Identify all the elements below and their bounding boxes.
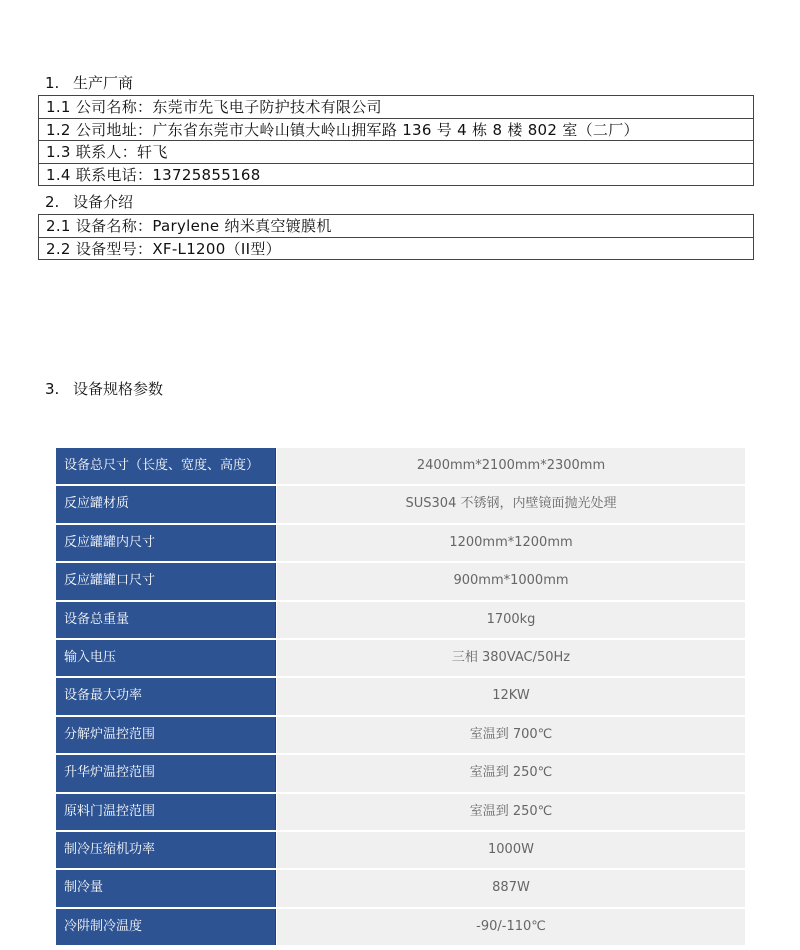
spec-label: 制冷量 <box>56 870 276 906</box>
spec-value: 12KW <box>277 678 745 714</box>
spec-row: 反应罐罐口尺寸900mm*1000mm <box>56 563 745 601</box>
spec-label: 反应罐罐口尺寸 <box>56 563 276 599</box>
equipment-info-list: 2.1 设备名称：Parylene 纳米真空镀膜机 2.2 设备型号：XF-L1… <box>38 214 754 260</box>
spec-value: 室温到 700℃ <box>277 717 745 753</box>
spec-label: 设备总尺寸（长度、宽度、高度） <box>56 448 276 484</box>
spec-row: 输入电压三相 380VAC/50Hz <box>56 640 745 678</box>
spec-value: 900mm*1000mm <box>277 563 745 599</box>
spec-value: -90/-110℃ <box>277 909 745 945</box>
spec-value: 室温到 250℃ <box>277 755 745 791</box>
contact-person-row: 1.3 联系人：轩飞 <box>38 141 754 164</box>
section-3-title: 设备规格参数 <box>73 380 163 398</box>
spec-row: 冷阱制冷温度-90/-110℃ <box>56 909 745 947</box>
spec-label: 升华炉温控范围 <box>56 755 276 791</box>
spec-label: 反应罐罐内尺寸 <box>56 525 276 561</box>
spec-row: 设备总尺寸（长度、宽度、高度）2400mm*2100mm*2300mm <box>56 448 745 486</box>
spec-label: 设备总重量 <box>56 602 276 638</box>
section-2-number: 2. <box>45 192 73 212</box>
equipment-model-row: 2.2 设备型号：XF-L1200（II型） <box>38 238 754 261</box>
spec-value: SUS304 不锈钢，内壁镜面抛光处理 <box>277 486 745 522</box>
spec-label: 冷阱制冷温度 <box>56 909 276 945</box>
company-address-row: 1.2 公司地址：广东省东莞市大岭山镇大岭山拥军路 136 号 4 栋 8 楼 … <box>38 119 754 142</box>
equipment-name-row: 2.1 设备名称：Parylene 纳米真空镀膜机 <box>38 215 754 238</box>
spec-value: 887W <box>277 870 745 906</box>
section-3-number: 3. <box>45 379 73 399</box>
spec-value: 2400mm*2100mm*2300mm <box>277 448 745 484</box>
spec-row: 设备总重量1700kg <box>56 602 745 640</box>
spec-value: 1000W <box>277 832 745 868</box>
section-1-number: 1. <box>45 73 73 93</box>
spec-label: 设备最大功率 <box>56 678 276 714</box>
spec-row: 反应罐材质SUS304 不锈钢，内壁镜面抛光处理 <box>56 486 745 524</box>
spec-row: 设备最大功率12KW <box>56 678 745 716</box>
section-2-title: 设备介绍 <box>73 193 133 211</box>
spec-label: 制冷压缩机功率 <box>56 832 276 868</box>
spec-row: 反应罐罐内尺寸1200mm*1200mm <box>56 525 745 563</box>
section-2-heading: 2.设备介绍 <box>45 192 133 212</box>
company-name-row: 1.1 公司名称：东莞市先飞电子防护技术有限公司 <box>38 96 754 119</box>
spec-value: 三相 380VAC/50Hz <box>277 640 745 676</box>
section-1-heading: 1.生产厂商 <box>45 73 133 93</box>
spec-row: 制冷压缩机功率1000W <box>56 832 745 870</box>
section-1-title: 生产厂商 <box>73 74 133 92</box>
spec-row: 分解炉温控范围室温到 700℃ <box>56 717 745 755</box>
contact-phone-row: 1.4 联系电话：13725855168 <box>38 164 754 187</box>
spec-label: 反应罐材质 <box>56 486 276 522</box>
section-3-heading: 3.设备规格参数 <box>45 379 163 399</box>
spec-value: 1200mm*1200mm <box>277 525 745 561</box>
spec-label: 原料门温控范围 <box>56 794 276 830</box>
spec-row: 原料门温控范围室温到 250℃ <box>56 794 745 832</box>
spec-row: 升华炉温控范围室温到 250℃ <box>56 755 745 793</box>
spec-label: 输入电压 <box>56 640 276 676</box>
manufacturer-info-list: 1.1 公司名称：东莞市先飞电子防护技术有限公司 1.2 公司地址：广东省东莞市… <box>38 95 754 186</box>
spec-table: 设备总尺寸（长度、宽度、高度）2400mm*2100mm*2300mm 反应罐材… <box>56 448 745 947</box>
spec-value: 1700kg <box>277 602 745 638</box>
spec-row: 制冷量887W <box>56 870 745 908</box>
spec-label: 分解炉温控范围 <box>56 717 276 753</box>
spec-value: 室温到 250℃ <box>277 794 745 830</box>
